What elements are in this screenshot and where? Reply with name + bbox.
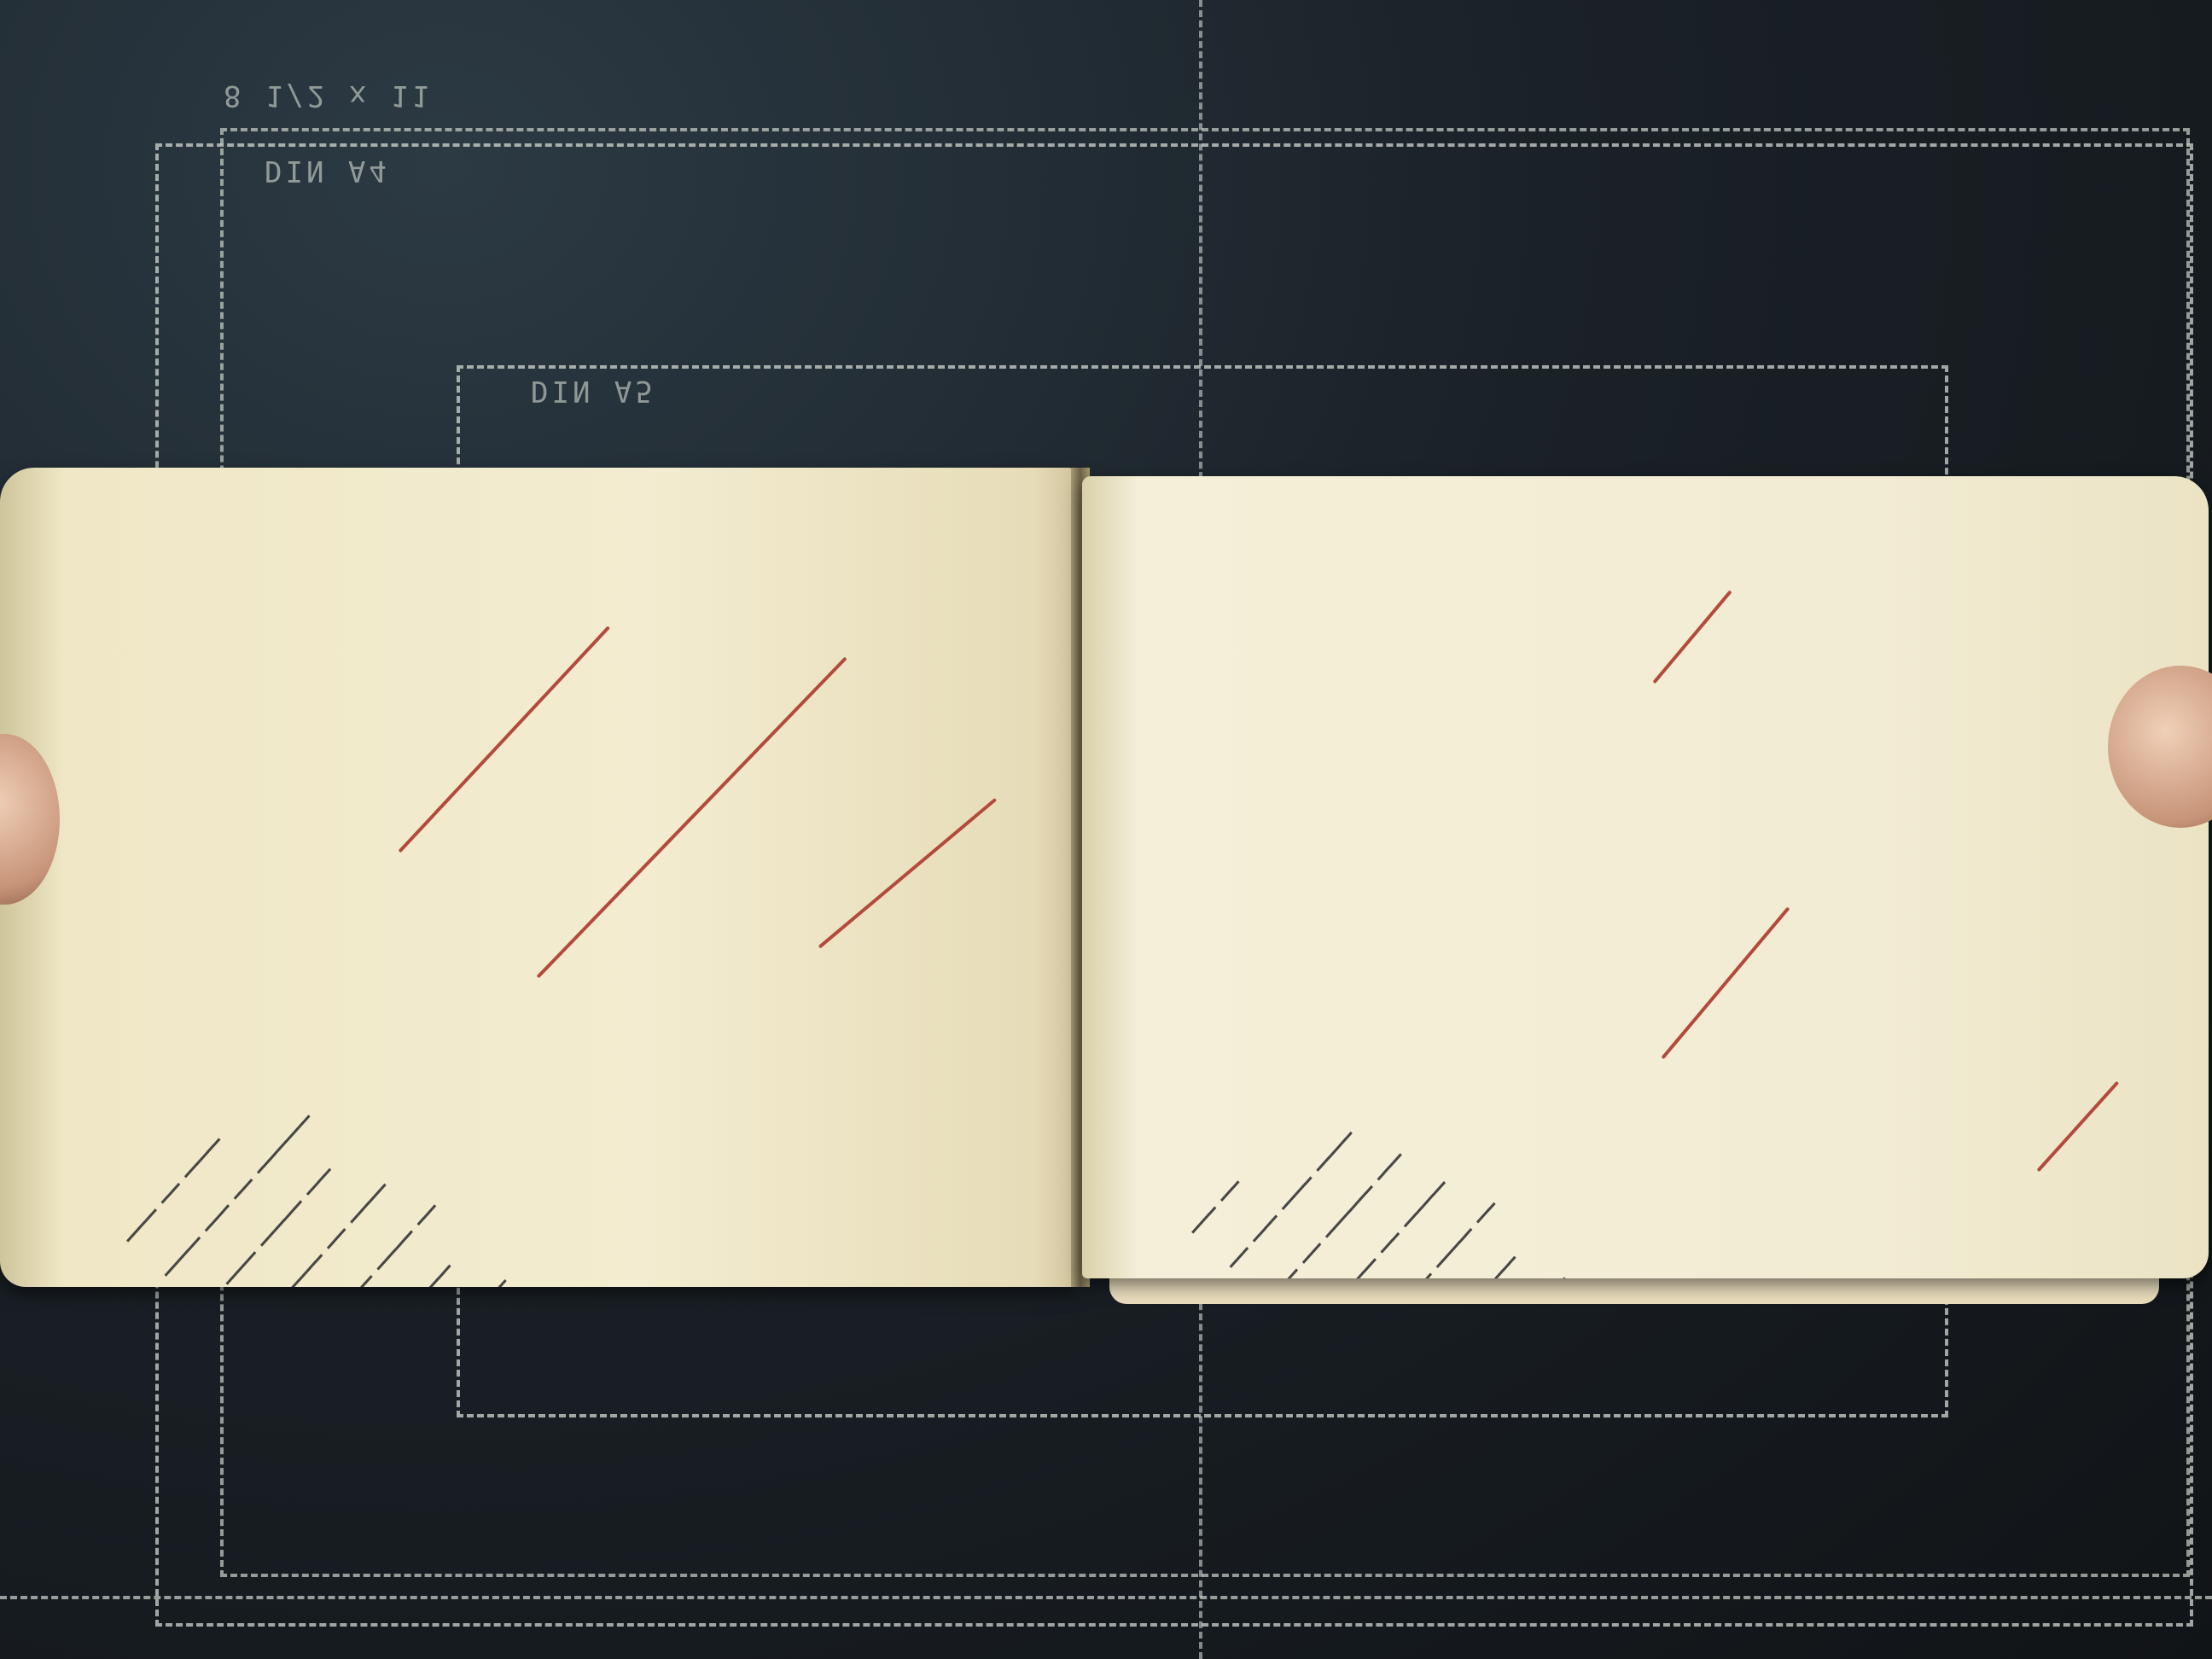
horizontal-guide xyxy=(0,1596,2212,1599)
rubric-line xyxy=(2037,1081,2120,1173)
mat-label-a4: DIN A4 xyxy=(265,154,390,188)
right-page-text: ـــ ــــ ــــــ ـــــ ــــ ـــ ــــ ــــ… xyxy=(1167,1044,1774,1278)
left-page: ــــــ ـــ ـــــ ـــــــــ ـــ ــــ ــــ… xyxy=(0,468,1077,1287)
rubric-line xyxy=(1661,907,1790,1060)
mat-label-letter: 8 1/2 x 11 xyxy=(224,79,433,113)
left-page-text: ــــــ ـــ ـــــ ـــــــــ ـــ ــــ ــــ… xyxy=(102,1046,714,1287)
mat-label-a5: DIN A5 xyxy=(531,374,656,408)
right-page: ـــ ــــ ــــــ ـــــ ــــ ـــ ــــ ــــ… xyxy=(1082,476,2209,1278)
open-manuscript: ــــــ ـــ ـــــ ـــــــــ ـــ ــــ ــــ… xyxy=(0,468,2212,1338)
rubric-line xyxy=(818,798,997,949)
rubric-line xyxy=(537,657,847,979)
rubric-line xyxy=(1652,590,1732,684)
rubric-line xyxy=(399,626,610,853)
